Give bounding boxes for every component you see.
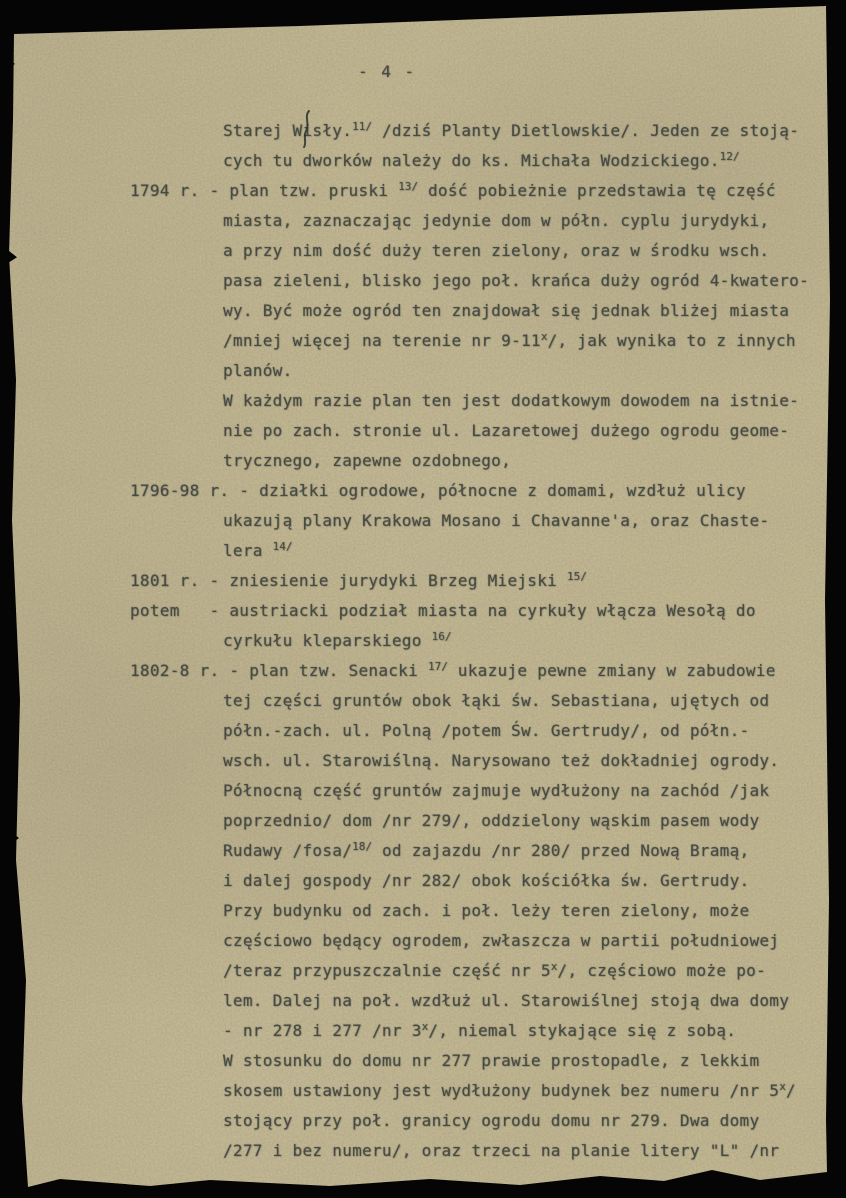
text-line: częściowo będący ogrodem, zwłaszcza w pa… [130, 926, 836, 956]
paper-edge-tear [0, 52, 15, 72]
text-line: wsch. ul. Starowiślną. Narysowano też do… [130, 746, 836, 776]
text-line: 1796-98 r. - działki ogrodowe, północne … [130, 476, 836, 506]
paper-edge-tear [0, 824, 19, 852]
text-line: ukazują plany Krakowa Mosano i Chavanne'… [130, 506, 836, 536]
text-line: Przy budynku od zach. i poł. leży teren … [130, 896, 836, 926]
typewritten-text-layer: - 4 - Starej Wisły.11/ /dziś Planty Diet… [0, 0, 846, 1198]
text-line: i dalej gospody /nr 282/ obok kościółka … [130, 866, 836, 896]
text-line: 1794 r. - plan tzw. pruski 13/ dość pobi… [130, 176, 836, 206]
text-line: /teraz przypuszczalnie część nr 5x/, czę… [130, 956, 836, 986]
text-line: potem - austriacki podział miasta na cyr… [130, 596, 836, 626]
text-line: tej części gruntów obok łąki św. Sebasti… [130, 686, 836, 716]
text-line: półn.-zach. ul. Polną /potem Św. Gertrud… [130, 716, 836, 746]
text-line: Starej Wisły.11/ /dziś Planty Dietlowski… [130, 116, 836, 146]
text-line: wy. Być może ogród ten znajdował się jed… [130, 296, 836, 326]
text-line: a przy nim dość duży teren zielony, oraz… [130, 236, 836, 266]
paper-sheet: - 4 - Starej Wisły.11/ /dziś Planty Diet… [0, 0, 846, 1198]
text-line: W każdym razie plan ten jest dodatkowym … [130, 386, 836, 416]
text-line: skosem ustawiony jest wydłużony budynek … [130, 1076, 836, 1106]
text-line: Północną część gruntów zajmuje wydłużony… [130, 776, 836, 806]
text-line: lera 14/ [130, 536, 836, 566]
text-line: stojący przy poł. granicy ogrodu domu nr… [130, 1106, 836, 1136]
text-line: pasa zieleni, blisko jego poł. krańca du… [130, 266, 836, 296]
text-line: trycznego, zapewne ozdobnego, [130, 446, 836, 476]
text-line: - nr 278 i 277 /nr 3x/, niemal stykające… [130, 1016, 836, 1046]
text-line: cych tu dworków należy do ks. Michała Wo… [130, 146, 836, 176]
text-line: Rudawy /fosa/18/ od zajazdu /nr 280/ prz… [130, 836, 836, 866]
text-line: /277 i bez numeru/, oraz trzeci na plani… [130, 1136, 836, 1166]
text-line: W stosunku do domu nr 277 prawie prostop… [130, 1046, 836, 1076]
text-line: /mniej więcej na terenie nr 9-11x/, jak … [130, 326, 836, 356]
text-line: 1801 r. - zniesienie jurydyki Brzeg Miej… [130, 566, 836, 596]
text-line: cyrkułu kleparskiego 16/ [130, 626, 836, 656]
text-line: planów. [130, 356, 836, 386]
text-line: lem. Dalej na poł. wzdłuż ul. Starowiśln… [130, 986, 836, 1016]
text-lines: Starej Wisły.11/ /dziś Planty Dietlowski… [130, 116, 836, 1166]
text-line: nie po zach. stronie ul. Lazaretowej duż… [130, 416, 836, 446]
page-number: - 4 - [358, 62, 416, 81]
scan-page: - 4 - Starej Wisły.11/ /dziś Planty Diet… [0, 0, 846, 1198]
text-line: miasta, zaznaczając jedynie dom w półn. … [130, 206, 836, 236]
text-line: poprzednio/ dom /nr 279/, oddzielony wąs… [130, 806, 836, 836]
text-line: 1802-8 r. - plan tzw. Senacki 17/ ukazuj… [130, 656, 836, 686]
